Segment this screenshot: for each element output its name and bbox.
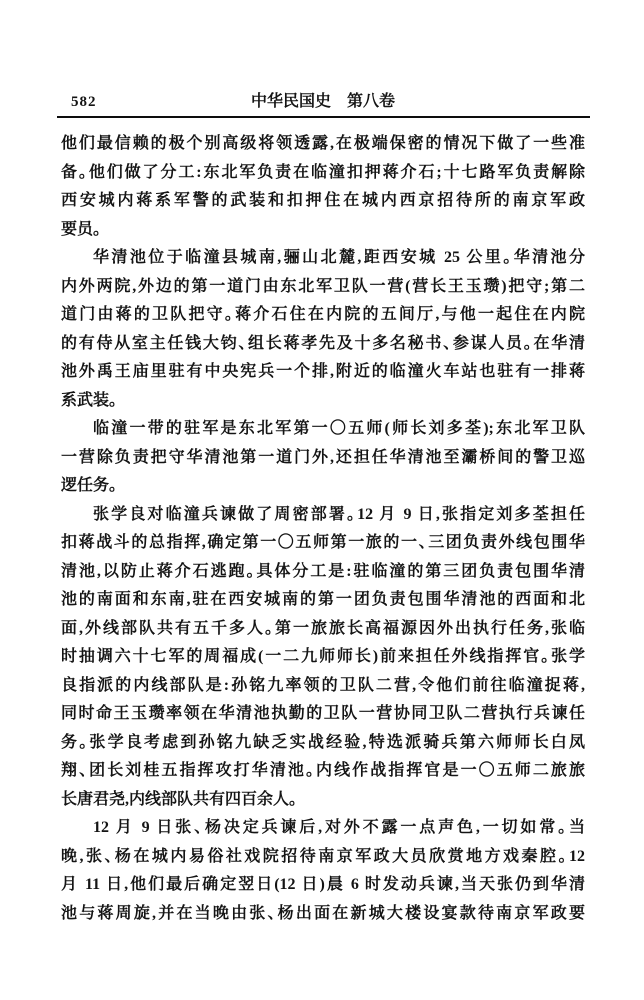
text-line: 务。张学良考虑到孙铭九缺乏实战经验,特选派骑兵第六师师长白凤 (61, 729, 585, 758)
book-page: 582 中华民国史 第八卷 他们最信赖的极个别高级将领透露,在极端保密的情况下做… (0, 0, 644, 1000)
text-line: 一营除负责把守华清池第一道门外,还担任华清池至灞桥间的警卫巡 (61, 444, 585, 473)
paragraph: 12 月 9 日张、杨决定兵谏后,对外不露一点声色,一切如常。当晚,张、杨在城内… (61, 814, 585, 928)
text-line: 时抽调六十七军的周福成(一二九师师长)前来担任外线指挥官。张学 (61, 643, 585, 672)
text-line: 面,外线部队共有五千多人。第一旅旅长高福源因外出执行任务,张临 (61, 615, 585, 644)
text-line: 扣蒋战斗的总指挥,确定第一〇五师第一旅的一、三团负责外线包围华 (61, 529, 585, 558)
text-line: 备。他们做了分工:东北军负责在临潼扣押蒋介石;十七路军负责解除 (61, 159, 585, 188)
text-line: 系武装。 (61, 387, 585, 416)
text-line: 翔、团长刘桂五指挥攻打华清池。内线作战指挥官是一〇五师二旅旅 (61, 757, 585, 786)
text-line: 逻任务。 (61, 472, 585, 501)
text-line: 池与蒋周旋,并在当晚由张、杨出面在新城大楼设宴款待南京军政要 (61, 900, 585, 929)
text-line: 池的南面和东南,驻在西安城南的第一团负责包围华清池的西面和北 (61, 586, 585, 615)
text-line: 华清池位于临潼县城南,骊山北麓,距西安城 25 公里。华清池分 (61, 244, 585, 273)
text-line: 良指派的内线部队是:孙铭九率领的卫队二营,令他们前往临潼捉蒋, (61, 672, 585, 701)
text-line: 临潼一带的驻军是东北军第一〇五师(师长刘多荃);东北军卫队 (61, 415, 585, 444)
text-line: 长唐君尧,内线部队共有四百余人。 (61, 786, 585, 815)
text-line: 12 月 9 日张、杨决定兵谏后,对外不露一点声色,一切如常。当 (61, 814, 585, 843)
text-line: 的有侍从室主任钱大钧、组长蒋孝先及十多名秘书、参谋人员。在华清 (61, 330, 585, 359)
paragraph: 临潼一带的驻军是东北军第一〇五师(师长刘多荃);东北军卫队一营除负责把守华清池第… (61, 415, 585, 501)
text-line: 西安城内蒋系军警的武装和扣押住在城内西京招待所的南京军政 (61, 187, 585, 216)
page-header: 582 中华民国史 第八卷 (61, 91, 585, 113)
text-line: 他们最信赖的极个别高级将领透露,在极端保密的情况下做了一些准 (61, 130, 585, 159)
paragraph: 华清池位于临潼县城南,骊山北麓,距西安城 25 公里。华清池分内外两院,外边的第… (61, 244, 585, 415)
text-line: 要员。 (61, 216, 585, 245)
text-line: 月 11 日,他们最后确定翌日(12 日)晨 6 时发动兵谏,当天张仍到华清 (61, 871, 585, 900)
paragraph: 他们最信赖的极个别高级将领透露,在极端保密的情况下做了一些准备。他们做了分工:东… (61, 130, 585, 244)
text-line: 清池,以防止蒋介石逃跑。具体分工是:驻临潼的第三团负责包围华清 (61, 558, 585, 587)
header-rule (57, 116, 590, 118)
text-line: 晚,张、杨在城内易俗社戏院招待南京军政大员欣赏地方戏秦腔。12 (61, 843, 585, 872)
text-line: 同时命王玉瓒率领在华清池执勤的卫队一营协同卫队二营执行兵谏任 (61, 700, 585, 729)
text-line: 道门由蒋的卫队把守。蒋介石住在内院的五间厅,与他一起住在内院 (61, 301, 585, 330)
running-title: 中华民国史 第八卷 (61, 91, 585, 113)
text-line: 张学良对临潼兵谏做了周密部署。12 月 9 日,张指定刘多荃担任 (61, 501, 585, 530)
text-line: 内外两院,外边的第一道门由东北军卫队一营(营长王玉瓒)把守;第二 (61, 273, 585, 302)
page-body: 他们最信赖的极个别高级将领透露,在极端保密的情况下做了一些准备。他们做了分工:东… (61, 130, 585, 928)
text-line: 池外禹王庙里驻有中央宪兵一个排,附近的临潼火车站也驻有一排蒋 (61, 358, 585, 387)
paragraph: 张学良对临潼兵谏做了周密部署。12 月 9 日,张指定刘多荃担任扣蒋战斗的总指挥… (61, 501, 585, 815)
